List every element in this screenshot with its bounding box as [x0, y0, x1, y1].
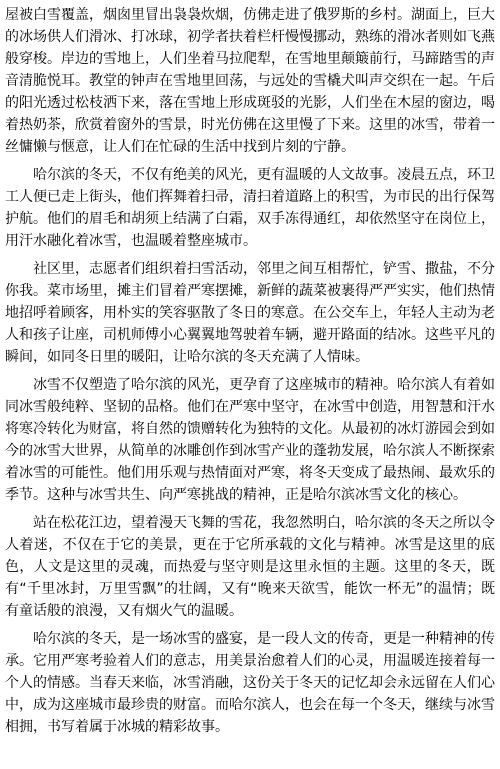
- paragraph: 屋被白雪覆盖，烟囱里冒出袅袅炊烟，仿佛走进了俄罗斯的乡村。湖面上，巨大的冰场供人…: [5, 4, 495, 158]
- paragraph: 站在松花江边，望着漫天飞舞的雪花，我忽然明白，哈尔滨的冬天之所以令人着迷，不仅在…: [5, 512, 495, 622]
- document-page: 屋被白雪覆盖，烟囱里冒出袅袅炊烟，仿佛走进了俄罗斯的乡村。湖面上，巨大的冰场供人…: [0, 0, 500, 769]
- paragraph: 冰雪不仅塑造了哈尔滨的风光，更孕育了这座城市的精神。哈尔滨人有着如同冰雪般纯粹、…: [5, 374, 495, 506]
- paragraph: 哈尔滨的冬天，是一场冰雪的盛宴，是一段人文的传奇，更是一种精神的传承。它用严寒考…: [5, 628, 495, 738]
- paragraph: 社区里，志愿者们组织着扫雪活动，邻里之间互相帮忙，铲雪、撒盐，不分你我。菜市场里…: [5, 258, 495, 368]
- paragraph: 哈尔滨的冬天，不仅有绝美的风光，更有温暖的人文故事。凌晨五点，环卫工人便已走上街…: [5, 164, 495, 252]
